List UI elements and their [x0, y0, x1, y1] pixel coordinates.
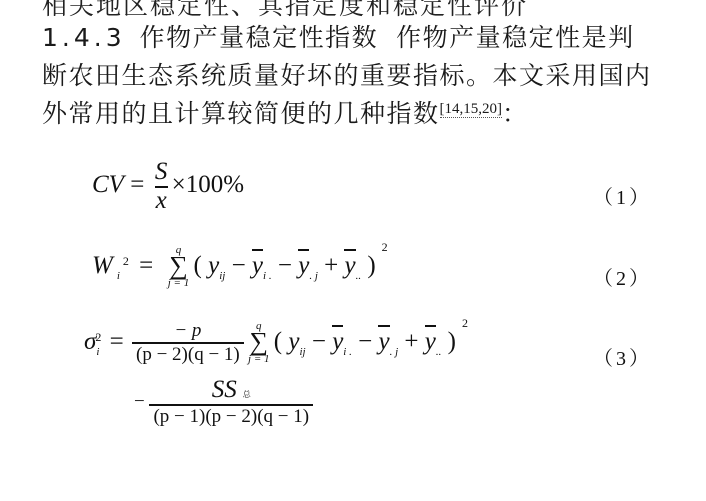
body-text-line: 断农田生态系统质量好坏的重要指标。本文采用国内 — [42, 56, 652, 92]
equation-3: σi2 = − p (p − 2)(q − 1) q ∑ j = 1 ( yij… — [84, 316, 468, 366]
eq2-lhs-sub: i — [117, 270, 120, 282]
eq2-open-paren: ( — [194, 252, 202, 279]
eq2-ybar-j: y — [298, 249, 309, 278]
equation-number-2: （2） — [593, 262, 652, 291]
section-title: 作物产量稳定性指数 — [140, 23, 379, 52]
body-text: 外常用的且计算较简便的几种指数 — [42, 99, 440, 128]
eq2-close-paren: ) — [367, 252, 375, 279]
equation-number-3: （3） — [593, 342, 652, 371]
punctuation: ： — [502, 99, 529, 128]
eq1-denominator: x — [151, 186, 172, 215]
equation-number-1: （1） — [593, 181, 652, 210]
body-text: 作物产量稳定性是判 — [396, 23, 635, 52]
eq1-numerator: S — [151, 158, 172, 186]
eq3-ybar-dd: y — [425, 325, 436, 354]
body-text-line: 外常用的且计算较简便的几种指数[14,15,20]： — [42, 94, 529, 130]
eq2-lhs-sup: 2 — [123, 254, 129, 268]
eq3-equals: = — [110, 328, 124, 355]
eq1-times: × — [172, 171, 186, 198]
section-number: 1.4.3 — [42, 23, 126, 52]
eq2-summation: q ∑ j = 1 — [164, 245, 194, 289]
eq3-summation: q ∑ j = 1 — [244, 321, 274, 365]
eq3-ybar-i: y — [332, 325, 343, 354]
eq2-equals: = — [139, 252, 153, 279]
equation-1: CV = S x ×100% — [92, 158, 244, 215]
eq1-equals: = — [130, 171, 144, 198]
eq1-fraction: S x — [151, 158, 172, 215]
eq2-ybar-dd: y — [344, 249, 355, 278]
eq1-lhs: CV — [92, 171, 124, 198]
citation-link[interactable]: [14,15,20] — [440, 101, 503, 118]
eq2-y: y — [208, 252, 219, 279]
eq2-ybar-i: y — [252, 249, 263, 278]
eq3-fraction-2: SS总 (p − 1)(p − 2)(q − 1) — [149, 376, 313, 428]
equation-2: Wi2 = q ∑ j = 1 ( yij − yi . − y. j + y.… — [92, 240, 388, 289]
equation-3-line-2: − SS总 (p − 1)(p − 2)(q − 1) — [134, 376, 313, 428]
eq3-ybar-j: y — [378, 325, 389, 354]
eq2-power: 2 — [382, 240, 388, 254]
section-heading-line: 1.4.3作物产量稳定性指数作物产量稳定性是判 — [42, 18, 635, 54]
eq2-lhs: W — [92, 252, 113, 279]
eq3-fraction-1: − p (p − 2)(q − 1) — [132, 320, 244, 366]
eq1-tail: 100% — [186, 171, 244, 198]
